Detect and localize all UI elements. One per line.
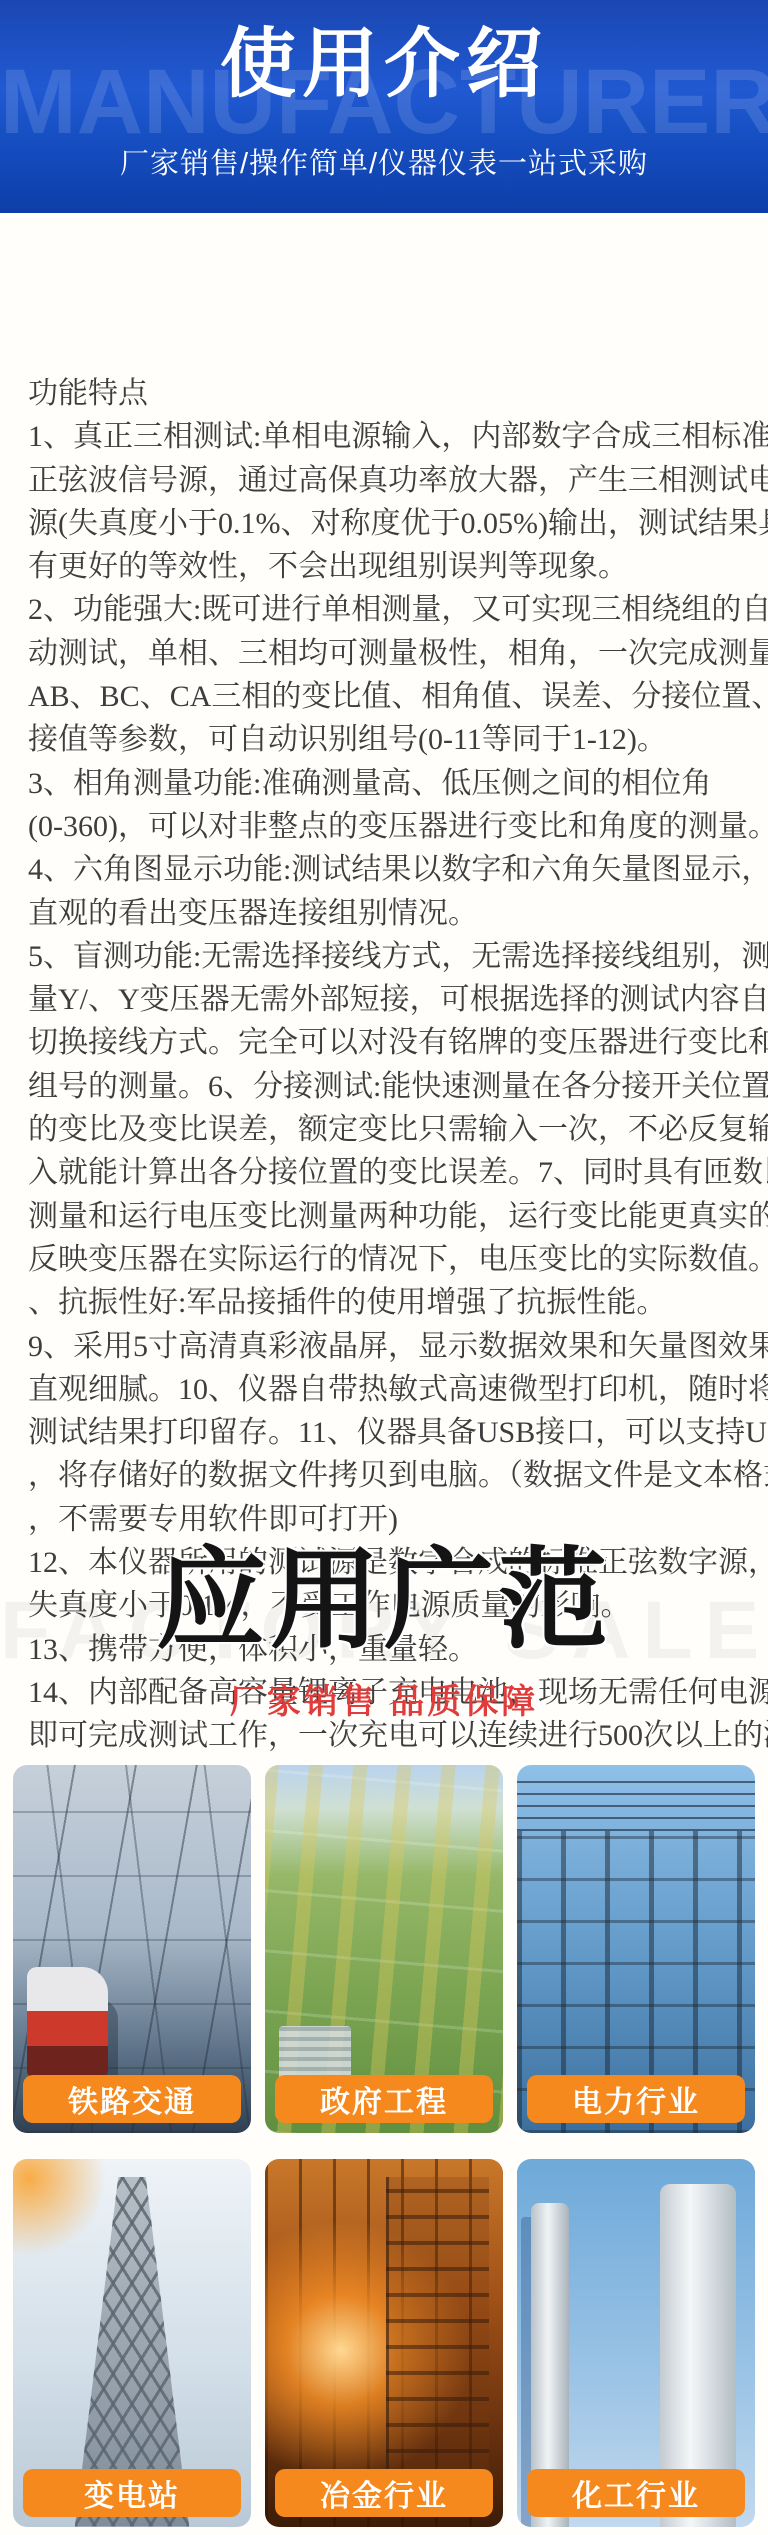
feature-text-block: 功能特点 1、真正三相测试:单相电源输入，内部数字合成三相标准 正弦波信号源，通… [0, 213, 768, 1758]
feature-text-line: 13、携带方便，体积小，重量轻。 [28, 1628, 768, 1671]
feature-text-line: 2、功能强大:既可进行单相测量，又可实现三相绕组的自 [28, 588, 768, 631]
feature-text-line: 3、相角测量功能:准确测量高、低压侧之间的相位角 [28, 762, 768, 805]
feature-text-line: 测量和运行电压变比测量两种功能，运行变比能更真实的 [28, 1195, 768, 1238]
feature-text-line: ，不需要专用软件即可打开) [28, 1498, 768, 1541]
feature-text-line: (0-360)，可以对非整点的变压器进行变比和角度的测量。 [28, 805, 768, 848]
feature-text-line: 直观细腻。10、仪器自带热敏式高速微型打印机，随时将 [28, 1368, 768, 1411]
feature-text-line: 的变比及变比误差，额定变比只需输入一次，不必反复输 [28, 1108, 768, 1151]
feature-text-line: 组号的测量。6、分接测试:能快速测量在各分接开关位置 [28, 1065, 768, 1108]
application-label-badge: 冶金行业 [275, 2469, 493, 2517]
feature-text-line: 有更好的等效性，不会出现组别误判等现象。 [28, 545, 768, 588]
application-label-badge: 电力行业 [527, 2075, 745, 2123]
feature-text-line: 失真度小于0.1%，不受工作电源质量的影响。 [28, 1584, 768, 1627]
feature-text-line: 接值等参数，可自动识别组号(0-11等同于1-12)。 [28, 718, 768, 761]
header-subtitle: 厂家销售/操作简单/仪器仪表一站式采购 [0, 141, 768, 182]
feature-text-line: 动测试，单相、三相均可测量极性，相角，一次完成测量 [28, 632, 768, 675]
application-photo-card: 化工行业 [517, 2159, 755, 2527]
product-detail-page: MANUFACTURER 使用介绍 厂家销售/操作简单/仪器仪表一站式采购 功能… [0, 0, 768, 2535]
feature-text-line: 12、本仪器所用的测试源是数字合成的标准正弦数字源， [28, 1541, 768, 1584]
application-photo-card: 变电站 [13, 2159, 251, 2527]
application-photo-card: 铁路交通 [13, 1765, 251, 2133]
application-photo-card: 政府工程 [265, 1765, 503, 2133]
photo-detail-layer [517, 1779, 755, 1831]
feature-text-line: 14、内部配备高容量锂离子充电电池，现场无需任何电源 [28, 1671, 768, 1714]
application-photo-card: 冶金行业 [265, 2159, 503, 2527]
photo-detail-layer [13, 2159, 120, 2269]
feature-text-line: 源(失真度小于0.1%、对称度优于0.05%)输出，测试结果具 [28, 502, 768, 545]
feature-text-line: 即可完成测试工作，一次充电可以连续进行500次以上的测 [28, 1714, 768, 1757]
feature-text-line: 直观的看出变压器连接组别情况。 [28, 892, 768, 935]
application-label-badge: 变电站 [23, 2469, 241, 2517]
feature-text-line: 反映变压器在实际运行的情况下，电压变比的实际数值。8 [28, 1238, 768, 1281]
feature-text-line: 量Y/、Y变压器无需外部短接，可根据选择的测试内容自动 [28, 978, 768, 1021]
feature-text-line: 入就能计算出各分接位置的变比误差。7、同时具有匝数比 [28, 1151, 768, 1194]
application-label-badge: 化工行业 [527, 2469, 745, 2517]
feature-text-line: 正弦波信号源，通过高保真功率放大器，产生三相测试电 [28, 459, 768, 502]
application-photo-card: 电力行业 [517, 1765, 755, 2133]
feature-text-line: 1、真正三相测试:单相电源输入，内部数字合成三相标准 [28, 415, 768, 458]
feature-text-line: 功能特点 [28, 372, 768, 415]
application-label-badge: 铁路交通 [23, 2075, 241, 2123]
photo-detail-layer [386, 2177, 489, 2479]
feature-text-line: 4、六角图显示功能:测试结果以数字和六角矢量图显示， [28, 848, 768, 891]
applications-grid: 铁路交通 政府工程 电力行业 变电站 冶 [0, 1765, 768, 2527]
feature-text-line: 、抗振性好:军品接插件的使用增强了抗振性能。 [28, 1281, 768, 1324]
feature-text-line: 测试结果打印留存。11、仪器具备USB接口，可以支持U盘 [28, 1411, 768, 1454]
photo-detail-layer [27, 1967, 108, 2077]
page-title: 使用介绍 [0, 0, 768, 107]
application-label-badge: 政府工程 [275, 2075, 493, 2123]
hero-header: MANUFACTURER 使用介绍 厂家销售/操作简单/仪器仪表一站式采购 [0, 0, 768, 213]
feature-text-line: 切换接线方式。完全可以对没有铭牌的变压器进行变比和 [28, 1021, 768, 1064]
feature-text-line: AB、BC、CA三相的变比值、相角值、误差、分接位置、分 [28, 675, 768, 718]
feature-text-line: 5、盲测功能:无需选择接线方式，无需选择接线组别，测 [28, 935, 768, 978]
feature-text-line: ，将存储好的数据文件拷贝到电脑。（数据文件是文本格式 [28, 1454, 768, 1497]
feature-text-line: 9、采用5寸高清真彩液晶屏，显示数据效果和矢量图效果 [28, 1325, 768, 1368]
